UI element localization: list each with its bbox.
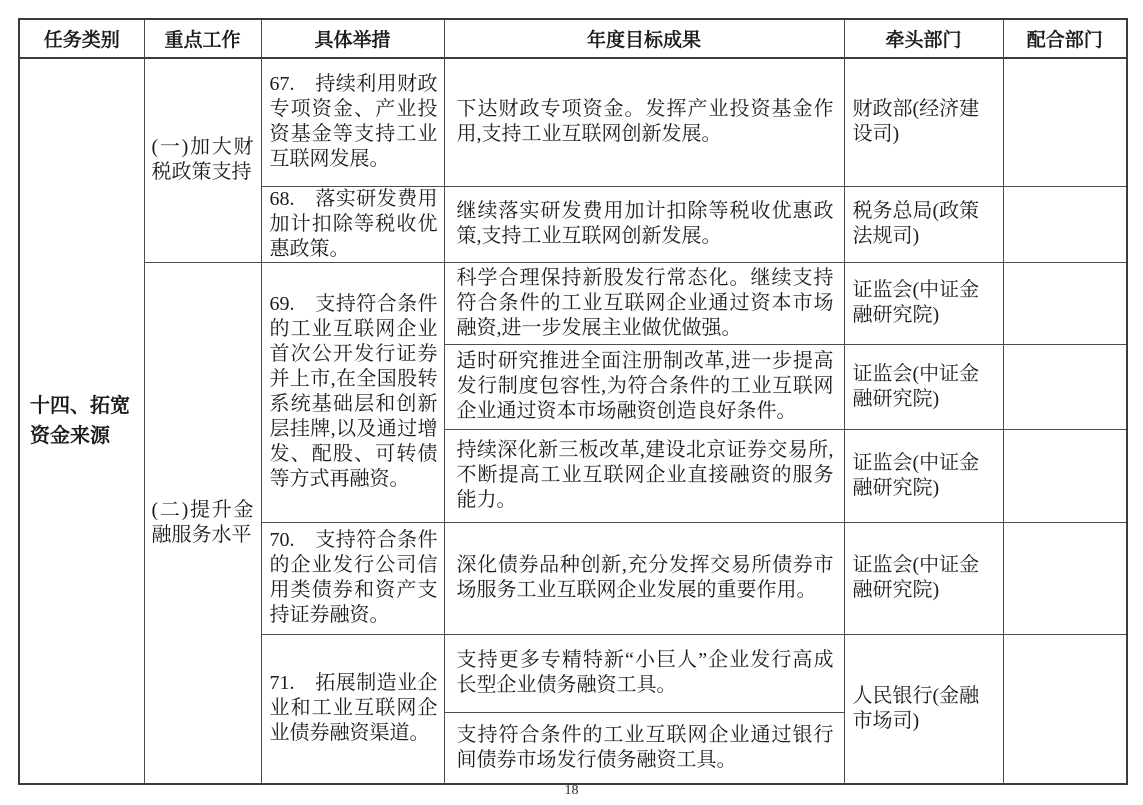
outcome-cell-71b: 支持符合条件的工业互联网企业通过银行间债券市场发行债务融资工具。 [444, 712, 844, 784]
measure-cell-69: 69. 支持符合条件的工业互联网企业首次公开发行证券并上市,在全国股转系统基础层… [261, 262, 444, 522]
support-dept-cell-69a [1003, 262, 1127, 344]
header-key-work: 重点工作 [144, 19, 261, 58]
outcome-cell-70: 深化债券品种创新,充分发挥交易所债券市场服务工业互联网企业发展的重要作用。 [444, 522, 844, 634]
header-specific-measures: 具体举措 [261, 19, 444, 58]
lead-dept-cell-69b: 证监会(中证金融研究院) [844, 344, 1003, 429]
header-lead-dept: 牵头部门 [844, 19, 1003, 58]
support-dept-cell-68 [1003, 186, 1127, 262]
policy-measures-table: 任务类别 重点工作 具体举措 年度目标成果 牵头部门 配合部门 十四、拓宽资金来… [18, 18, 1128, 785]
task-category-cell: 十四、拓宽资金来源 [19, 58, 144, 784]
support-dept-cell-70 [1003, 522, 1127, 634]
header-task-category: 任务类别 [19, 19, 144, 58]
lead-dept-cell-67: 财政部(经济建设司) [844, 58, 1003, 186]
measure-cell-71: 71. 拓展制造业企业和工业互联网企业债券融资渠道。 [261, 634, 444, 784]
lead-dept-cell-70: 证监会(中证金融研究院) [844, 522, 1003, 634]
key-work-cell-1: (一)加大财税政策支持 [144, 58, 261, 262]
support-dept-cell-69b [1003, 344, 1127, 429]
support-dept-cell-67 [1003, 58, 1127, 186]
measure-cell-70: 70. 支持符合条件的企业发行公司信用类债券和资产支持证券融资。 [261, 522, 444, 634]
header-annual-target: 年度目标成果 [444, 19, 844, 58]
lead-dept-cell-69c: 证监会(中证金融研究院) [844, 429, 1003, 522]
key-work-cell-2: (二)提升金融服务水平 [144, 262, 261, 784]
table-row: 十四、拓宽资金来源 (一)加大财税政策支持 67. 持续利用财政专项资金、产业投… [19, 58, 1127, 186]
header-support-dept: 配合部门 [1003, 19, 1127, 58]
table-row: (二)提升金融服务水平 69. 支持符合条件的工业互联网企业首次公开发行证券并上… [19, 262, 1127, 344]
outcome-cell-69b: 适时研究推进全面注册制改革,进一步提高发行制度包容性,为符合条件的工业互联网企业… [444, 344, 844, 429]
lead-dept-cell-69a: 证监会(中证金融研究院) [844, 262, 1003, 344]
support-dept-cell-69c [1003, 429, 1127, 522]
header-row: 任务类别 重点工作 具体举措 年度目标成果 牵头部门 配合部门 [19, 19, 1127, 58]
outcome-cell-68: 继续落实研发费用加计扣除等税收优惠政策,支持工业互联网创新发展。 [444, 186, 844, 262]
document-page: 任务类别 重点工作 具体举措 年度目标成果 牵头部门 配合部门 十四、拓宽资金来… [0, 0, 1143, 805]
page-number: 18 [0, 783, 1143, 799]
outcome-cell-69c: 持续深化新三板改革,建设北京证券交易所,不断提高工业互联网企业直接融资的服务能力… [444, 429, 844, 522]
support-dept-cell-71 [1003, 634, 1127, 784]
outcome-cell-69a: 科学合理保持新股发行常态化。继续支持符合条件的工业互联网企业通过资本市场融资,进… [444, 262, 844, 344]
measure-cell-67: 67. 持续利用财政专项资金、产业投资基金等支持工业互联网发展。 [261, 58, 444, 186]
outcome-cell-71a: 支持更多专精特新“小巨人”企业发行高成长型企业债务融资工具。 [444, 634, 844, 712]
outcome-cell-67: 下达财政专项资金。发挥产业投资基金作用,支持工业互联网创新发展。 [444, 58, 844, 186]
measure-cell-68: 68. 落实研发费用加计扣除等税收优惠政策。 [261, 186, 444, 262]
lead-dept-cell-71: 人民银行(金融市场司) [844, 634, 1003, 784]
lead-dept-cell-68: 税务总局(政策法规司) [844, 186, 1003, 262]
